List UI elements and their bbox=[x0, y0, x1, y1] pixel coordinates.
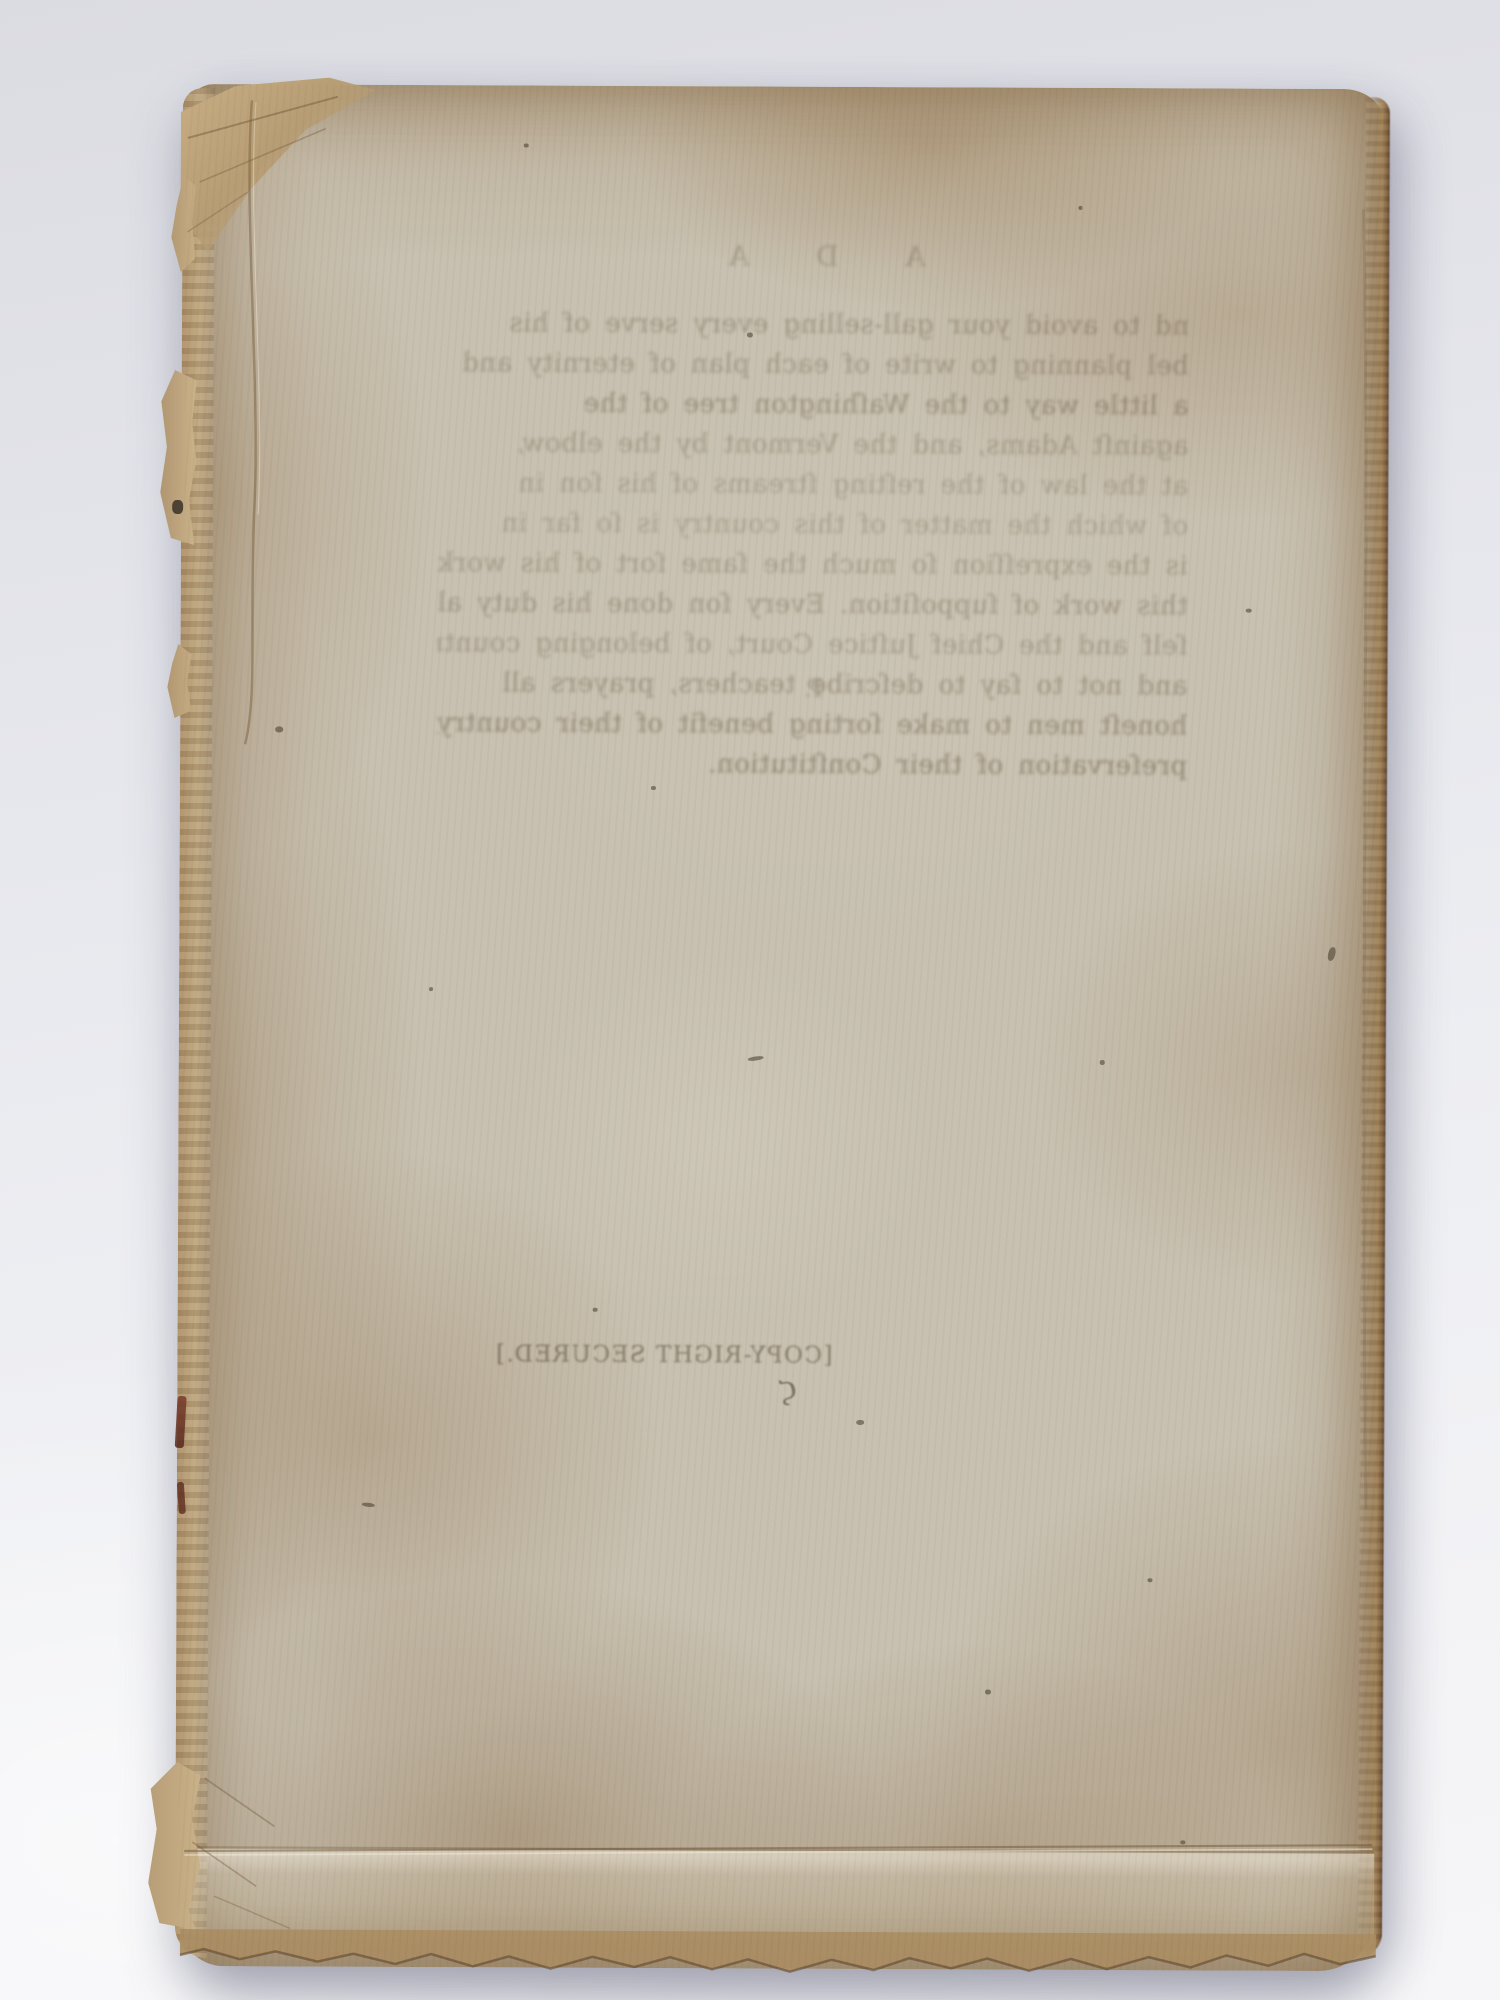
foxing-speck bbox=[748, 1055, 764, 1061]
show-through-text-line: againſt Adams, and the Vermont by the el… bbox=[438, 423, 1188, 466]
show-through-text-block: A D A nd to avoid your gall-selling ever… bbox=[437, 235, 1189, 786]
foxing-speck bbox=[1327, 946, 1337, 961]
foxing-speck bbox=[985, 1690, 991, 1695]
show-through-signature-mark: P. bbox=[703, 674, 923, 703]
foxing-speck bbox=[275, 726, 283, 732]
show-through-text-line: is the expreſſion ſo much the ſame ſort … bbox=[438, 543, 1188, 586]
show-through-text-line: at the law of the reſting ſtreams of his… bbox=[438, 463, 1188, 506]
show-through-text-line: a little way to the Waſhington tree of t… bbox=[439, 383, 1189, 426]
show-through-copyright-line: [COPY-RIGHT SECURED.] bbox=[568, 1342, 832, 1369]
foxing-speck bbox=[1246, 609, 1252, 613]
show-through-text-line: ſelf and the Chief Juſtice Court, of bel… bbox=[437, 623, 1187, 666]
foxing-speck bbox=[362, 1502, 375, 1507]
book-back-cover: A D A nd to avoid your gall-selling ever… bbox=[178, 84, 1386, 1971]
foxing-speck bbox=[1147, 1578, 1152, 1582]
foxing-speck bbox=[747, 332, 753, 337]
foxing-speck bbox=[856, 1420, 864, 1425]
show-through-text-line: honeſt men to make ſorting benefit of th… bbox=[437, 703, 1187, 746]
show-through-text-line: preſervation of their Conſtitution. bbox=[437, 743, 1187, 786]
show-through-text-line: nd to avoid your gall-selling every serv… bbox=[439, 303, 1189, 346]
show-through-text-line: this work of ſuppoſition. Every ſon done… bbox=[438, 583, 1188, 626]
spine-edge bbox=[175, 88, 215, 1958]
bottom-fold-crease bbox=[184, 1846, 1374, 1943]
photo-of-antique-book: A D A nd to avoid your gall-selling ever… bbox=[0, 0, 1500, 2000]
creased-top-left-corner bbox=[180, 77, 376, 253]
show-through-heading: A D A bbox=[439, 235, 1189, 278]
foxing-speck bbox=[1180, 1840, 1185, 1844]
show-through-text-line: bel planning to write of each plan of et… bbox=[439, 343, 1189, 386]
foxing-speck bbox=[593, 1308, 598, 1312]
foxing-speck bbox=[429, 987, 433, 991]
show-through-flourish: ϛ bbox=[775, 1367, 800, 1408]
foxing-speck bbox=[1100, 1060, 1105, 1065]
foxing-speck bbox=[651, 786, 656, 790]
foxing-speck bbox=[1078, 206, 1082, 210]
show-through-text-line: of which the matter of this country is ſ… bbox=[438, 503, 1188, 546]
torn-paper-flap bbox=[171, 176, 195, 272]
dark-paper-chip bbox=[172, 500, 183, 514]
page-fore-edge bbox=[1358, 97, 1390, 1957]
foxing-speck bbox=[524, 143, 529, 147]
